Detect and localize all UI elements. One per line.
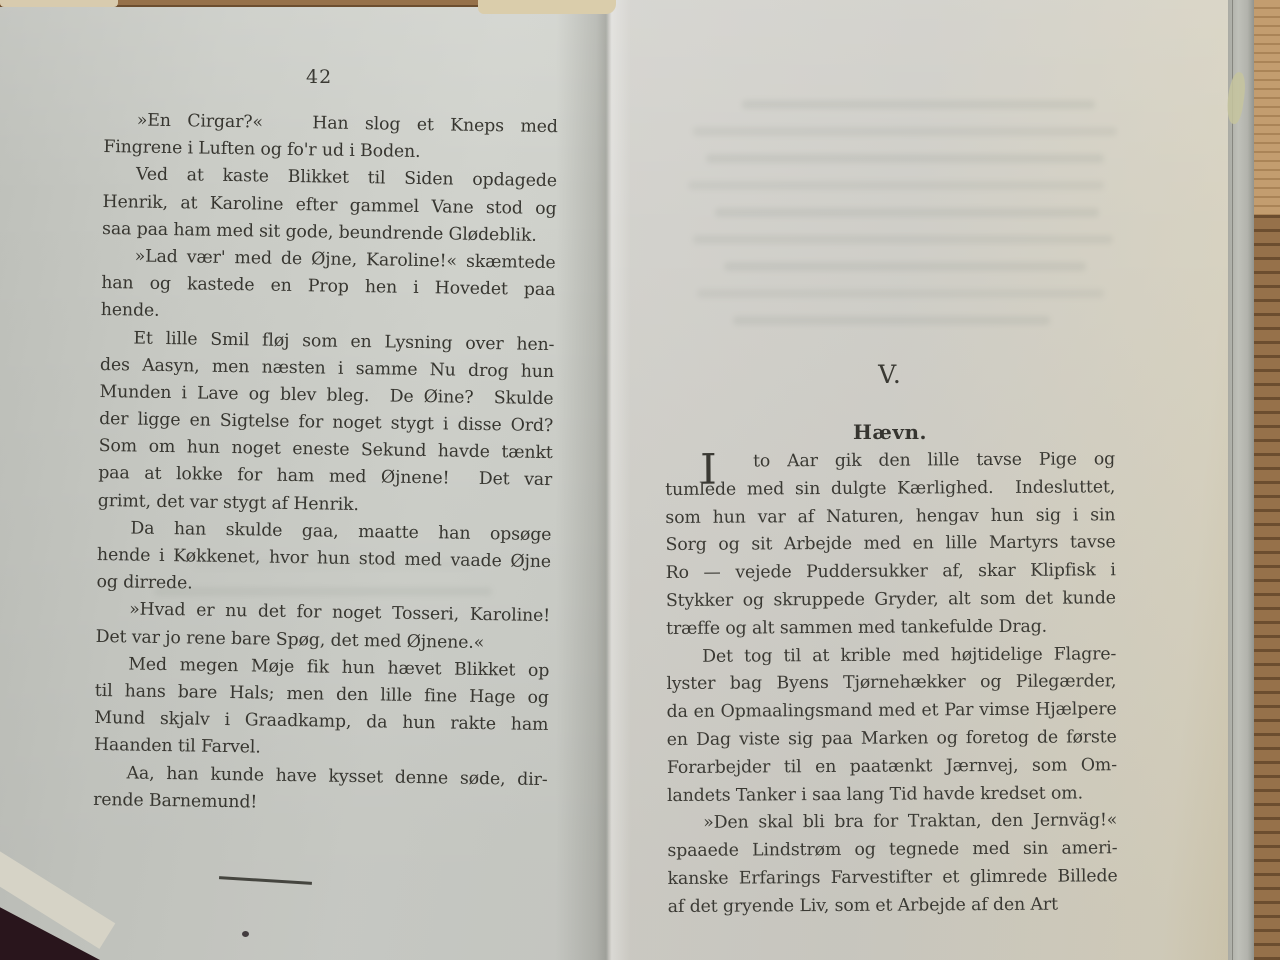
- page-gutter-shadow: [556, 0, 652, 960]
- left-page-body-text: »En Cirgar?« Han slog et Kneps medFingre…: [93, 110, 558, 824]
- chapter-title: Hævn.: [665, 420, 1115, 444]
- page-number: 42: [306, 66, 366, 88]
- bleed-through-text: [688, 100, 1140, 343]
- ink-dot: [242, 931, 249, 937]
- text-line: Det tog til at krible med højtidelige Fl…: [666, 644, 1116, 675]
- right-page-body-text: I to Aar gik den lille tavse Pige ogtuml…: [665, 449, 1118, 924]
- text-line: tumlede med sin dulgte Kærlighed. Indesl…: [665, 477, 1115, 508]
- text-line: af det gryende Liv, som et Arbejde af de…: [668, 894, 1118, 925]
- text-line: lyster bag Byens Tjørnehækker og Pilegær…: [666, 672, 1116, 703]
- text-line: spaaede Lindstrøm og tegnede med sin ame…: [667, 838, 1117, 869]
- text-line: træffe og alt sammen med tankefulde Drag…: [666, 616, 1116, 647]
- text-line: kanske Erfarings Farvestifter et glimred…: [668, 866, 1118, 897]
- bleed-through-text-left: [150, 560, 510, 614]
- page-fore-edge: [1228, 0, 1254, 960]
- open-book-photo: 42 »En Cirgar?« Han slog et Kneps medFin…: [0, 0, 1280, 960]
- text-line: »Den skal bli bra for Traktan, den Jernv…: [667, 811, 1117, 842]
- text-line: en Dag viste sig paa Marken og foretog d…: [667, 727, 1117, 758]
- text-line: Ro — vejede Puddersukker af, skar Klipfi…: [666, 560, 1116, 591]
- text-line: da en Opmaalingsmand med et Par vimse Hj…: [667, 699, 1117, 730]
- text-line: som hun var af Naturen, hengav hun sig i…: [665, 505, 1115, 536]
- drop-cap: I: [700, 449, 717, 491]
- page-edge-top-middle: [478, 0, 616, 14]
- text-line: Sorg og sit Arbejde med en lille Martyrs…: [666, 533, 1116, 564]
- text-line: landets Tanker i saa lang Tid havde kred…: [667, 783, 1117, 814]
- chapter-number: V.: [665, 360, 1115, 389]
- text-line: Forarbejder til en paatænkt Jærnvej, som…: [667, 755, 1117, 786]
- page-edge-top-left: [0, 0, 118, 7]
- text-line: to Aar gik den lille tavse Pige og: [665, 449, 1115, 480]
- text-line: Stykker og skruppede Gryder, alt som det…: [666, 588, 1116, 619]
